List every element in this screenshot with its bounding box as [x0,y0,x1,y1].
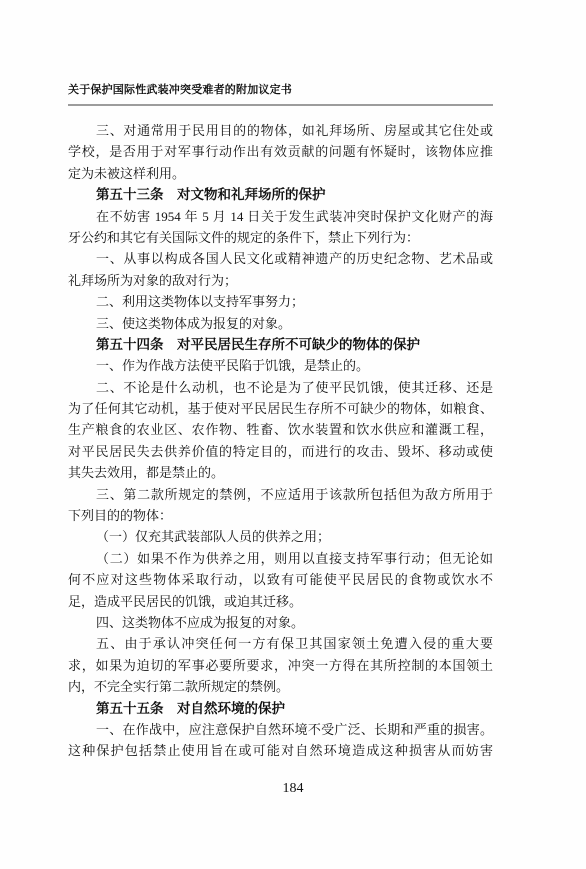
text-line: 五、由于承认冲突任何一方有保卫其国家领土免遭入侵的重大要 [68,633,493,654]
text-line: 三、对通常用于民用目的的物体，如礼拜场所、房屋或其它住处或 [68,120,493,141]
text-line: 其失去效用，都是禁止的。 [68,462,493,483]
text-line: 礼拜场所为对象的敌对行为； [68,270,493,291]
document-body: 三、对通常用于民用目的的物体，如礼拜场所、房屋或其它住处或学校，是否用于对军事行… [68,120,493,762]
text-line: 四、这类物体不应成为报复的对象。 [68,612,493,633]
text-line: 内，不完全实行第二款所规定的禁例。 [68,676,493,697]
page-footer: 184 [0,779,586,797]
text-line: 牙公约和其它有关国际文件的规定的条件下，禁止下列行为： [68,227,493,248]
text-line: 足，造成平民居民的饥饿，或迫其迁移。 [68,591,493,612]
text-line: 求，如果为迫切的军事必要所要求，冲突一方得在其所控制的本国领土 [68,655,493,676]
section-heading: 第五十三条 对文物和礼拜场所的保护 [68,184,493,205]
text-line: 生产粮食的农业区、农作物、牲畜、饮水装置和饮水供应和灌溉工程， [68,419,493,440]
text-line: 对平民居民失去供养价值的特定目的，而进行的攻击、毁坏、移动或使 [68,441,493,462]
text-line: 定为未被这样利用。 [68,163,493,184]
text-line: 二、不论是什么动机，也不论是为了使平民饥饿，使其迁移、还是 [68,377,493,398]
text-line: 三、使这类物体成为报复的对象。 [68,313,493,334]
text-line: （一）仅充其武装部队人员的供养之用； [68,526,493,547]
text-line: 一、在作战中，应注意保护自然环境不受广泛、长期和严重的损害。 [68,719,493,740]
running-header: 关于保护国际性武装冲突受难者的附加议定书 [68,84,493,106]
text-line: 为了任何其它动机，基于使对平民居民生存所不可缺少的物体，如粮食、 [68,398,493,419]
text-line: 何不应对这些物体采取行动，以致有可能使平民居民的食物或饮水不 [68,569,493,590]
page-number: 184 [283,781,304,797]
section-heading: 第五十五条 对自然环境的保护 [68,698,493,719]
document-page: 关于保护国际性武装冲突受难者的附加议定书 三、对通常用于民用目的的物体，如礼拜场… [0,0,586,869]
text-line: 三、第二款所规定的禁例，不应适用于该款所包括但为敌方所用于 [68,484,493,505]
text-line: 在不妨害 1954 年 5 月 14 日关于发生武装冲突时保护文化财产的海 [68,206,493,227]
running-header-title: 关于保护国际性武装冲突受难者的附加议定书 [68,84,493,97]
text-line: 这种保护包括禁止使用旨在或可能对自然环境造成这种损害从而妨害 [68,740,493,761]
text-line: 二、利用这类物体以支持军事努力； [68,291,493,312]
text-line: 下列目的的物体： [68,505,493,526]
text-line: 一、作为作战方法使平民陷于饥饿，是禁止的。 [68,355,493,376]
text-line: 一、从事以构成各国人民文化或精神遗产的历史纪念物、艺术品或 [68,248,493,269]
section-heading: 第五十四条 对平民居民生存所不可缺少的物体的保护 [68,334,493,355]
text-line: （二）如果不作为供养之用，则用以直接支持军事行动；但无论如 [68,548,493,569]
text-line: 学校，是否用于对军事行动作出有效贡献的问题有怀疑时，该物体应推 [68,141,493,162]
